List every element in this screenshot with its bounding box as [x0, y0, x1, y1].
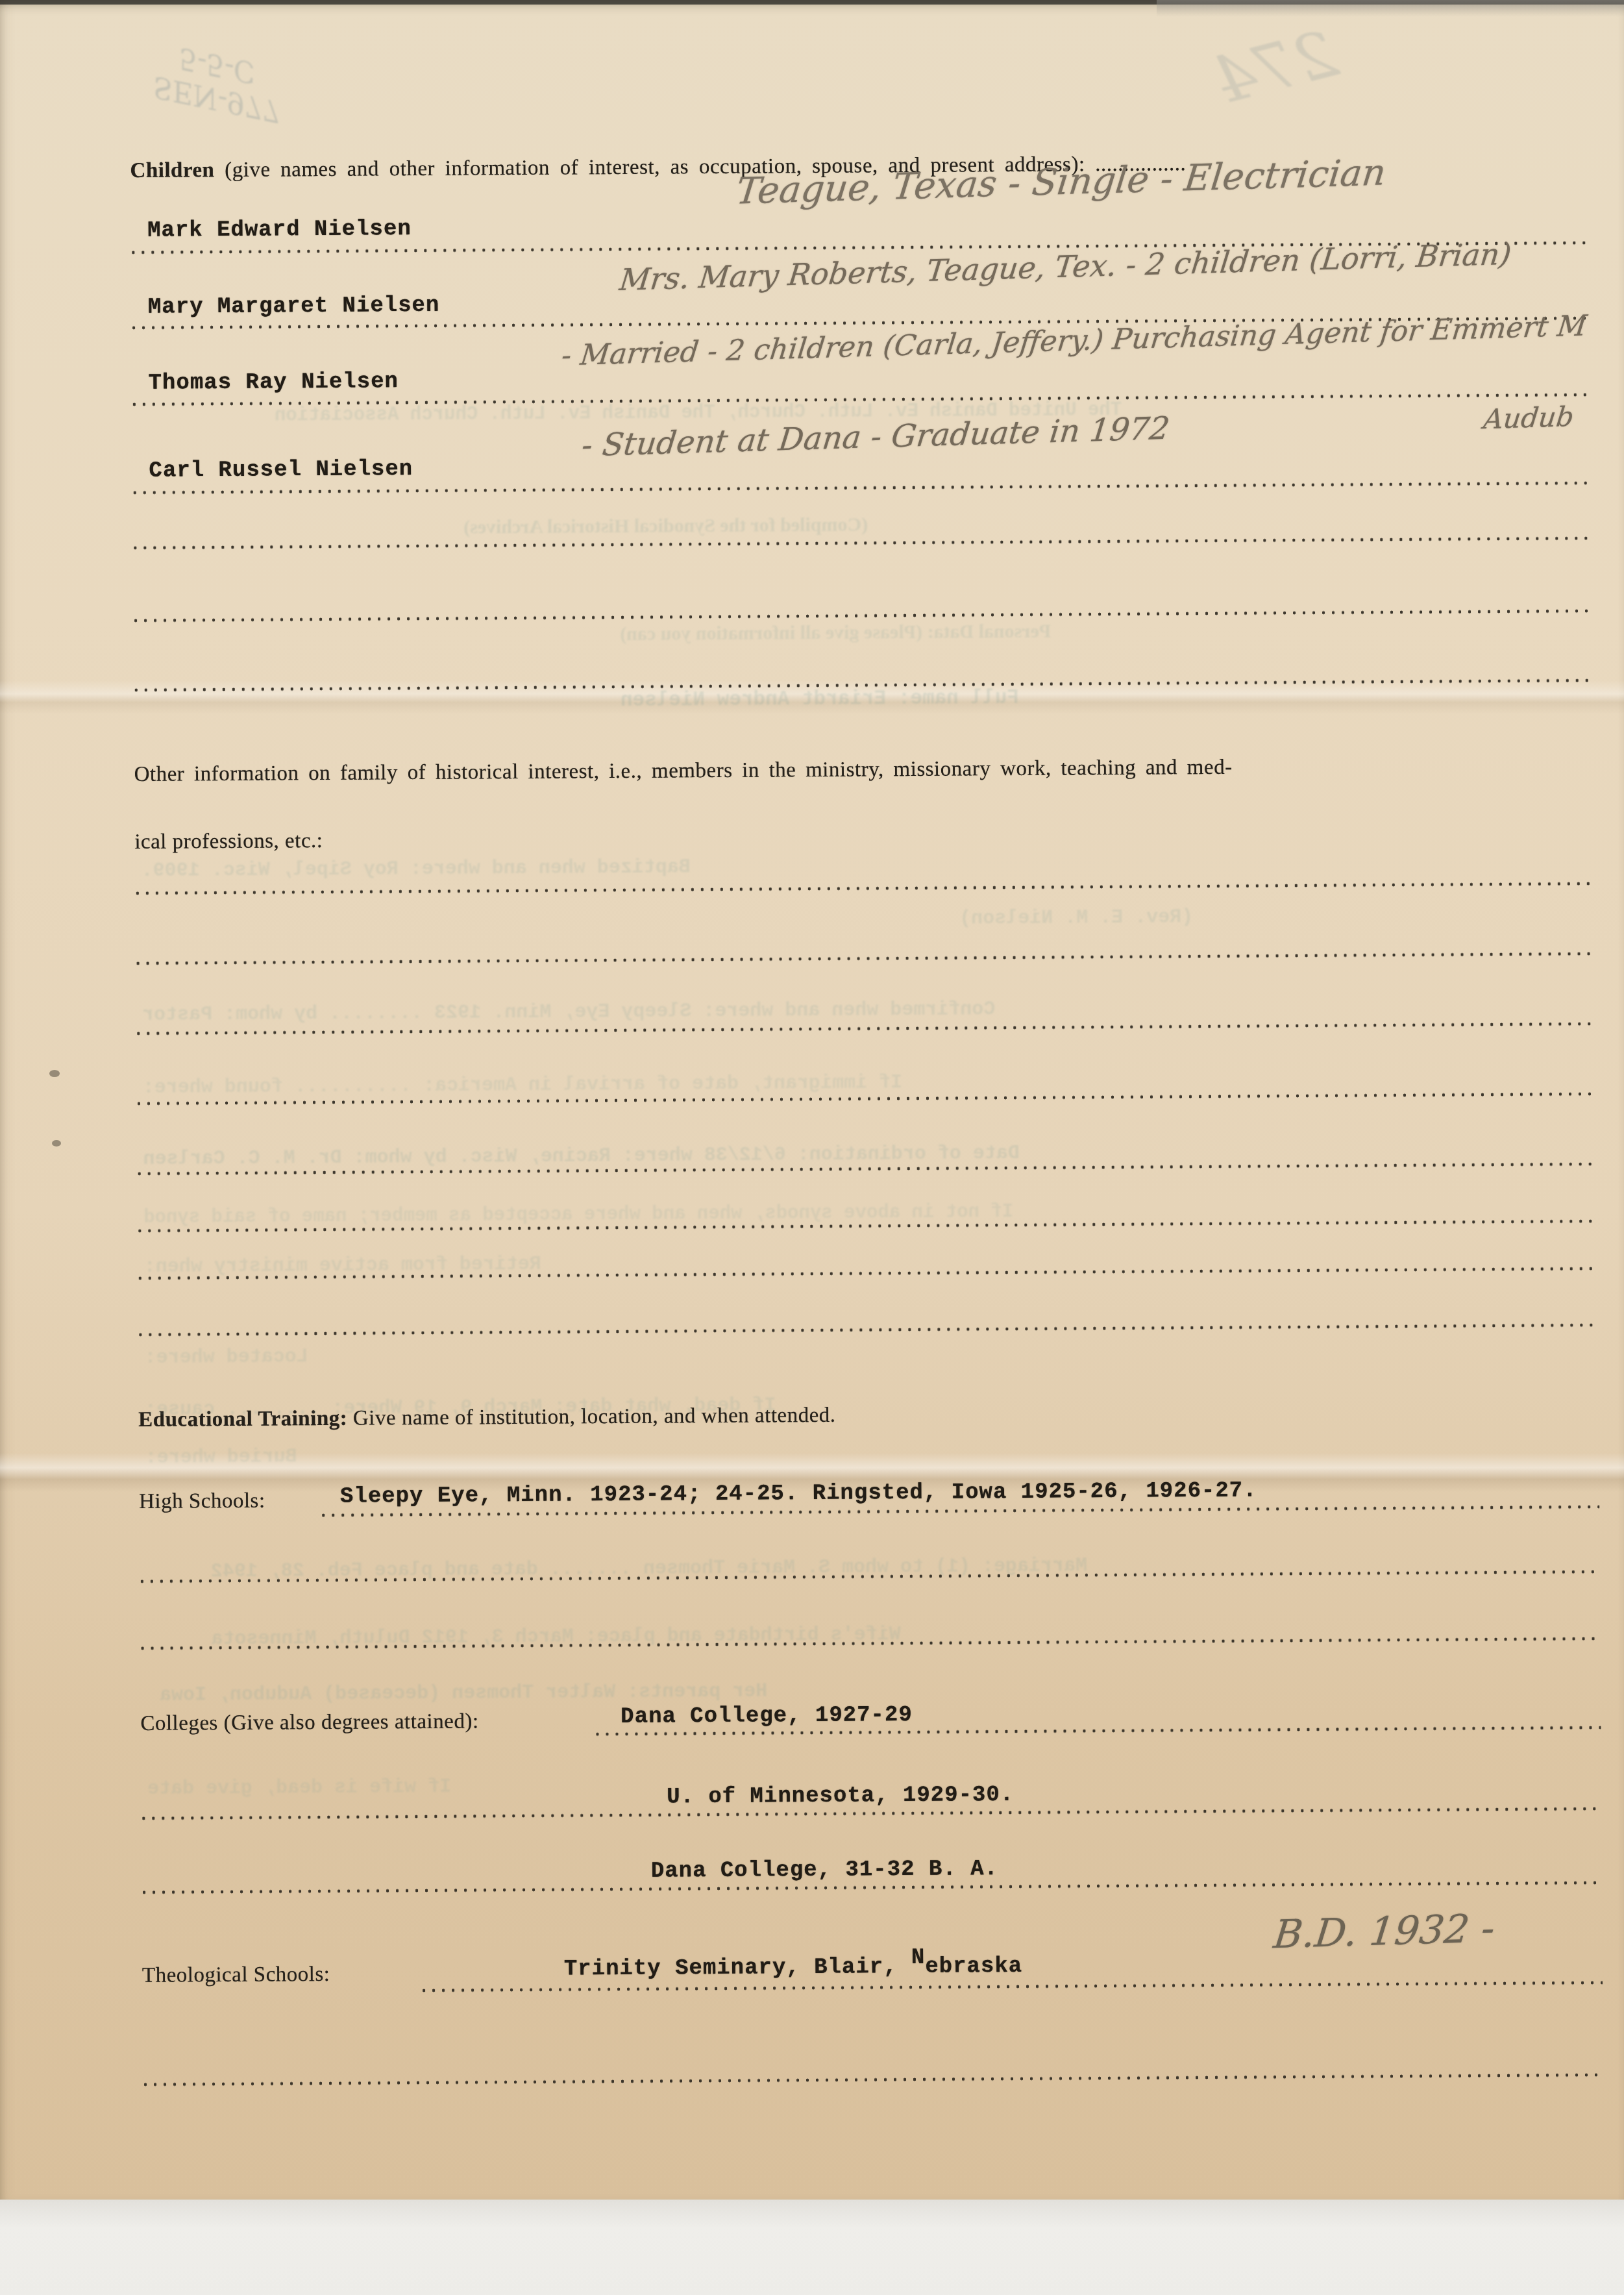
- high-schools-label: High Schools:: [139, 1489, 265, 1514]
- colleges-value2-typed: U. of Minnesota, 1929-30.: [667, 1783, 1014, 1810]
- bleedthrough-text: (Compiled for the Synodical Historical A…: [463, 514, 868, 538]
- other-info-line1: Other information on family of historica…: [134, 753, 1598, 787]
- bleedthrough-text: Wife's birthdate and place: March 3, 191…: [211, 1624, 900, 1650]
- children-heading-bold: Children: [130, 158, 214, 182]
- bleedthrough-text: Retired from active ministry when:: [144, 1254, 541, 1278]
- dotted-line: [136, 951, 1596, 966]
- handwritten-entry-continued: Audub: [1482, 401, 1575, 435]
- high-schools-value-typed: Sleepy Eye, Minn. 1923-24; 24-25. Ringst…: [340, 1478, 1257, 1509]
- dotted-line: [138, 1322, 1598, 1337]
- child-name-typed: Mary Margaret Nielsen: [148, 293, 440, 320]
- bleedthrough-text: If dead, what date: March 9, 19 Where: .…: [145, 1395, 776, 1420]
- colleges-value3-typed: Dana College, 31-32 B. A.: [651, 1857, 998, 1884]
- theological-value-a: Trinity Seminary, Blair,: [564, 1955, 911, 1982]
- colleges-value1-typed: Dana College, 1927-29: [621, 1703, 913, 1730]
- dotted-line: [135, 881, 1595, 896]
- bleedthrough-text: Baptized when and where: Roy Sipel, Wisc…: [141, 856, 691, 882]
- bleedthrough-text: Full name: Eriardt Andrew Nielsen: [621, 687, 1019, 712]
- scanner-background: [0, 2200, 1624, 2295]
- theological-value-typed: Trinity Seminary, Blair, Nebraska: [564, 1954, 1023, 1982]
- dotted-line: [132, 536, 1593, 551]
- bleedthrough-text: Confirmed when and where: Sleepy Eye, Mi…: [142, 999, 995, 1026]
- bleedthrough-text: If wife is dead, give date: [147, 1776, 451, 1800]
- bleedthrough-text: Personal Data: (Please give all informat…: [620, 621, 1051, 645]
- scanned-form-page: SEN-977 5-5-C 274 Children (give names a…: [0, 0, 1624, 2295]
- theological-value-superscript-n: N: [911, 1946, 926, 1970]
- bleedthrough-text: If immigrant, date of arrival in America…: [143, 1072, 902, 1099]
- bleedthrough-text: Marriage: (1) to whom S. Marie Thomsen .…: [211, 1555, 1087, 1583]
- pencil-note-page-number: 274: [1206, 15, 1345, 119]
- dotted-line: [132, 480, 1593, 495]
- bleedthrough-text: Her parents: Walter Thomsen (deceased) A…: [160, 1680, 767, 1706]
- theological-value-b: ebraska: [925, 1954, 1022, 1979]
- dotted-line: [421, 1980, 1603, 1993]
- dotted-line: [143, 2072, 1603, 2087]
- child-name-typed: Thomas Ray Nielsen: [149, 369, 399, 396]
- bleedthrough-text: (Rev. E. M. Nielson): [959, 906, 1193, 930]
- bleedthrough-text: Buried where:: [145, 1446, 297, 1469]
- theological-label: Theological Schools:: [142, 1963, 330, 1988]
- form-content: SEN-977 5-5-C 274 Children (give names a…: [0, 0, 1624, 2206]
- other-info-line2: ical professions, etc.:: [134, 829, 323, 854]
- child-name-typed: Carl Russel Nielsen: [149, 457, 413, 484]
- bleedthrough-text: Located where:: [144, 1346, 308, 1369]
- colleges-label: Colleges (Give also degrees attained):: [140, 1709, 478, 1735]
- child-name-typed: Mark Edward Nielsen: [147, 217, 412, 243]
- pencil-note-top-left: SEN-977 5-5-C: [150, 37, 290, 128]
- handwritten-degree: B.D. 1932 -: [1272, 1905, 1497, 1957]
